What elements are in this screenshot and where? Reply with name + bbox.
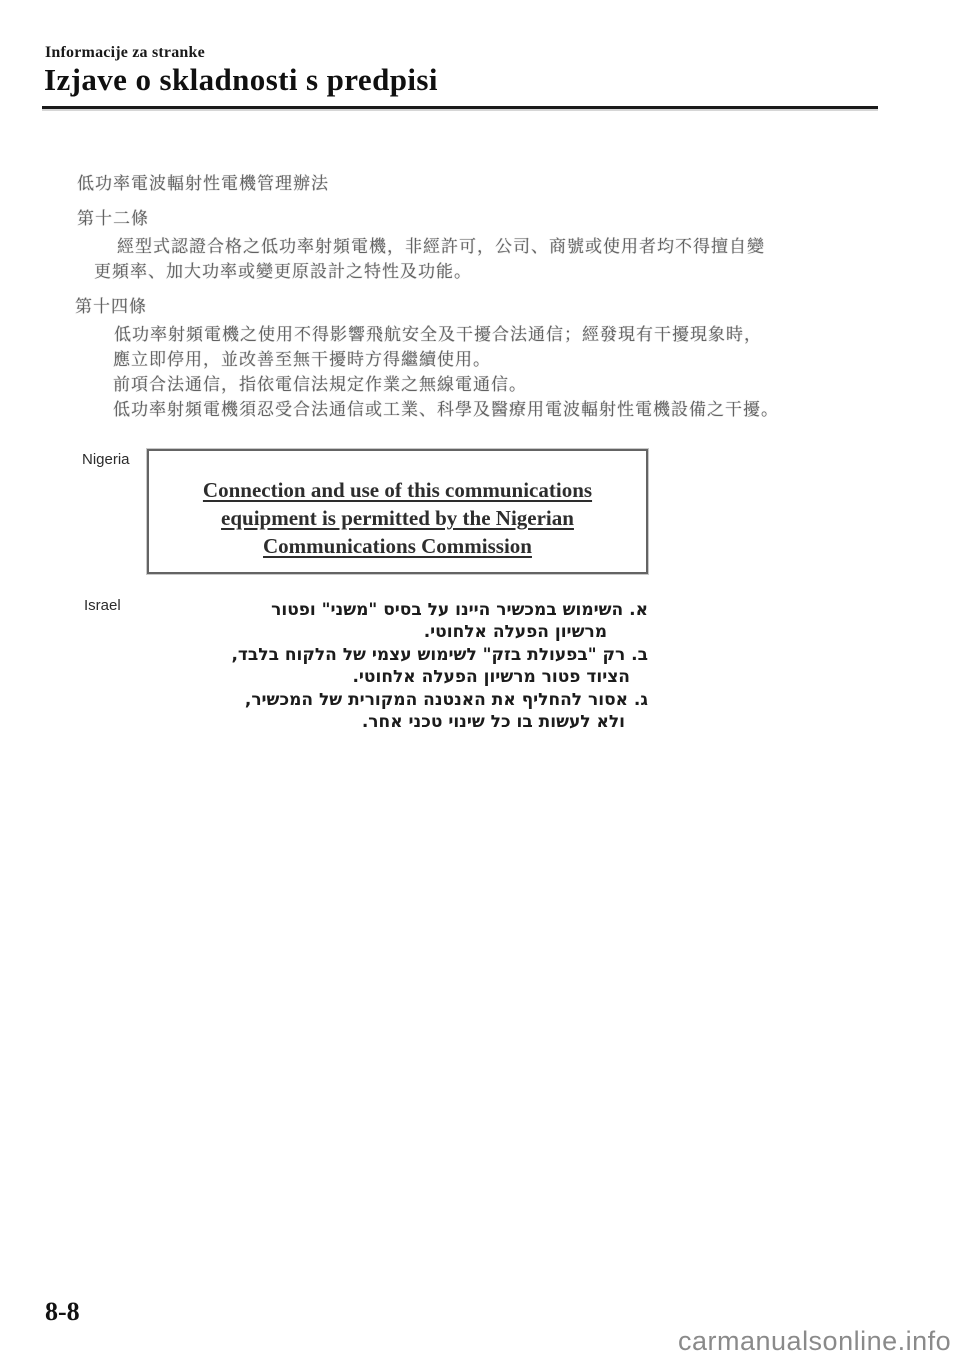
nigeria-country-label: Nigeria bbox=[82, 451, 130, 468]
taiwan-article14-line: 應立即停用，並改善至無干擾時方得繼續使用。 bbox=[113, 345, 491, 370]
taiwan-regulation-title: 低功率電波輻射性電機管理辦法 bbox=[77, 169, 329, 194]
site-watermark[interactable]: carmanualsonline.info bbox=[678, 1326, 951, 1357]
taiwan-article14-line: 低功率射頻電機之使用不得影響飛航安全及干擾合法通信；經發現有干擾現象時， bbox=[114, 320, 762, 345]
taiwan-article14-line: 前項合法通信，指依電信法規定作業之無線電通信。 bbox=[113, 370, 527, 395]
section-label: Informacije za stranke bbox=[45, 44, 205, 62]
taiwan-article12-line: 經型式認證合格之低功率射頻電機，非經許可，公司、商號或使用者均不得擅自變 bbox=[117, 232, 765, 257]
taiwan-article12-heading: 第十二條 bbox=[77, 204, 149, 229]
israel-statement-line: ב. רק "בפעולת בזק" לשימוש עצמי של הלקוח … bbox=[231, 644, 648, 666]
israel-statement-line: ג. אסור להחליף את האנטנה המקורית של המכש… bbox=[231, 689, 648, 711]
nigeria-statement-line: equipment is permitted by the Nigerian bbox=[149, 504, 646, 532]
page-number: 8-8 bbox=[45, 1297, 80, 1327]
israel-statement-line: הציוד פטור מרשיון הפעלה אלחוטי. bbox=[231, 666, 630, 688]
taiwan-article14-heading: 第十四條 bbox=[75, 292, 147, 317]
nigeria-statement-text: Connection and use of this communication… bbox=[149, 451, 646, 560]
israel-statement-text: א. השימוש במכשיר היינו על בסיס "משני" ופ… bbox=[231, 599, 648, 733]
nigeria-statement-box: Connection and use of this communication… bbox=[147, 449, 648, 574]
taiwan-article12-line: 更頻率、加大功率或變更原設計之特性及功能。 bbox=[94, 257, 472, 282]
israel-country-label: Israel bbox=[84, 597, 121, 614]
nigeria-statement-line: Connection and use of this communication… bbox=[149, 476, 646, 504]
taiwan-article14-line: 低功率射頻電機須忍受合法通信或工業、科學及醫療用電波輻射性電機設備之干擾。 bbox=[113, 395, 779, 420]
nigeria-statement-line: Communications Commission bbox=[149, 532, 646, 560]
israel-statement-line: ולא לעשות בו כל שינוי טכני אחר. bbox=[231, 711, 625, 733]
title-divider bbox=[42, 106, 878, 109]
page-title: Izjave o skladnosti s predpisi bbox=[44, 62, 438, 98]
israel-statement-line: א. השימוש במכשיר היינו על בסיס "משני" ופ… bbox=[231, 599, 648, 621]
israel-statement-line: מרשיון הפעלה אלחוטי. bbox=[231, 621, 607, 643]
